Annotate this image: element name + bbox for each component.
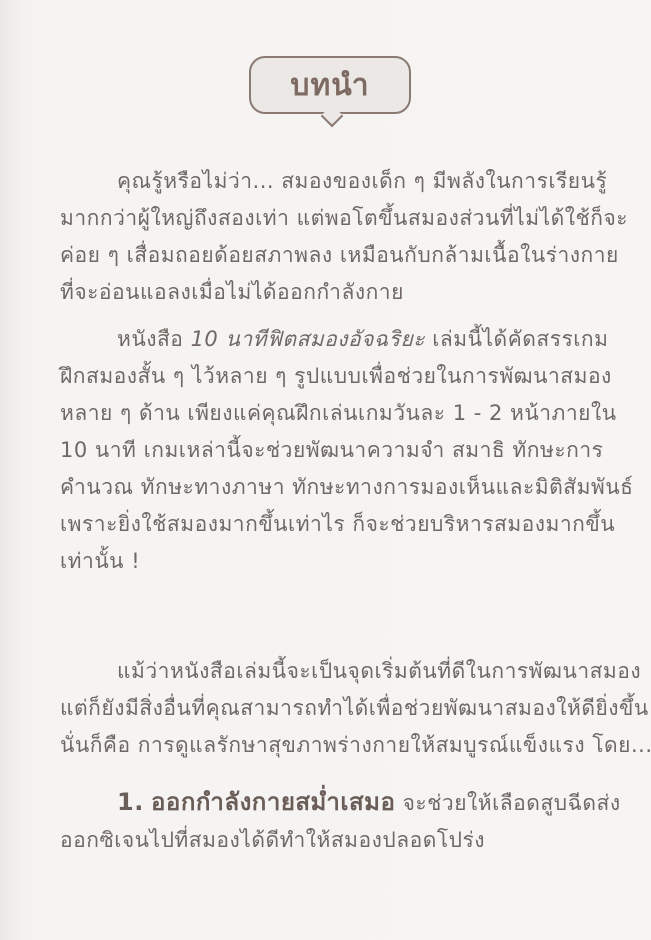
paragraph-health: แม้ว่าหนังสือเล่มนี้จะเป็นจุดเริ่มต้นที่… bbox=[60, 653, 632, 764]
text-fragment: จะช่วยให้เลือดสูบฉีดส่ง bbox=[395, 791, 620, 815]
paragraph-intro: คุณรู้หรือไม่ว่า... สมองของเด็ก ๆ มีพลัง… bbox=[60, 163, 632, 311]
text-line: คำนวณ ทักษะทางภาษา ทักษะทางการมองเห็นและ… bbox=[60, 469, 632, 506]
text-line: ออกซิเจนไปที่สมองได้ดีทำให้สมองปลอดโปร่ง bbox=[60, 822, 632, 859]
text-line: มากกว่าผู้ใหญ่ถึงสองเท่า แต่พอโตขึ้นสมอง… bbox=[60, 200, 632, 237]
book-page: บทนำ คุณรู้หรือไม่ว่า... สมองของเด็ก ๆ ม… bbox=[0, 0, 651, 940]
text-line: แต่ก็ยังมีสิ่งอื่นที่คุณสามารถทำได้เพื่อ… bbox=[60, 690, 632, 727]
list-item-exercise: 1. ออกกำลังกายสม่ำเสมอ จะช่วยให้เลือดสูบ… bbox=[60, 784, 632, 859]
book-title: 10 นาทีฟิตสมองอัจฉริยะ bbox=[191, 327, 426, 351]
paragraph-book-description: หนังสือ 10 นาทีฟิตสมองอัจฉริยะ เล่มนี้ได… bbox=[60, 321, 632, 580]
title-speech-bubble: บทนำ bbox=[249, 56, 411, 114]
text-line: ที่จะอ่อนแอลงเมื่อไม่ได้ออกกำลังกาย bbox=[60, 274, 632, 311]
text-line: หลาย ๆ ด้าน เพียงแค่คุณฝึกเล่นเกมวันละ 1… bbox=[60, 395, 632, 432]
text-line: หนังสือ 10 นาทีฟิตสมองอัจฉริยะ เล่มนี้ได… bbox=[60, 321, 632, 358]
text-line: นั่นก็คือ การดูแลรักษาสุขภาพร่างกายให้สม… bbox=[60, 727, 632, 764]
list-number: 1. bbox=[117, 788, 144, 816]
text-line: คุณรู้หรือไม่ว่า... สมองของเด็ก ๆ มีพลัง… bbox=[60, 163, 632, 200]
text-line: เพราะยิ่งใช้สมองมากขึ้นเท่าไร ก็จะช่วยบร… bbox=[60, 506, 632, 543]
text-line: 1. ออกกำลังกายสม่ำเสมอ จะช่วยให้เลือดสูบ… bbox=[60, 784, 632, 822]
list-heading: ออกกำลังกายสม่ำเสมอ bbox=[151, 788, 395, 816]
text-line: เท่านั้น ! bbox=[60, 543, 632, 580]
text-line: 10 นาที เกมเหล่านี้จะช่วยพัฒนาความจำ สมา… bbox=[60, 432, 632, 469]
text-line: ค่อย ๆ เสื่อมถอยด้อยสภาพลง เหมือนกับกล้า… bbox=[60, 237, 632, 274]
page-title: บทนำ bbox=[290, 62, 369, 109]
text-line: ฝึกสมองสั้น ๆ ไว้หลาย ๆ รูปแบบเพื่อช่วยใ… bbox=[60, 358, 632, 395]
text-fragment: เล่มนี้ได้คัดสรรเกม bbox=[425, 327, 608, 351]
text-fragment: หนังสือ bbox=[117, 327, 191, 351]
text-line: แม้ว่าหนังสือเล่มนี้จะเป็นจุดเริ่มต้นที่… bbox=[60, 653, 632, 690]
